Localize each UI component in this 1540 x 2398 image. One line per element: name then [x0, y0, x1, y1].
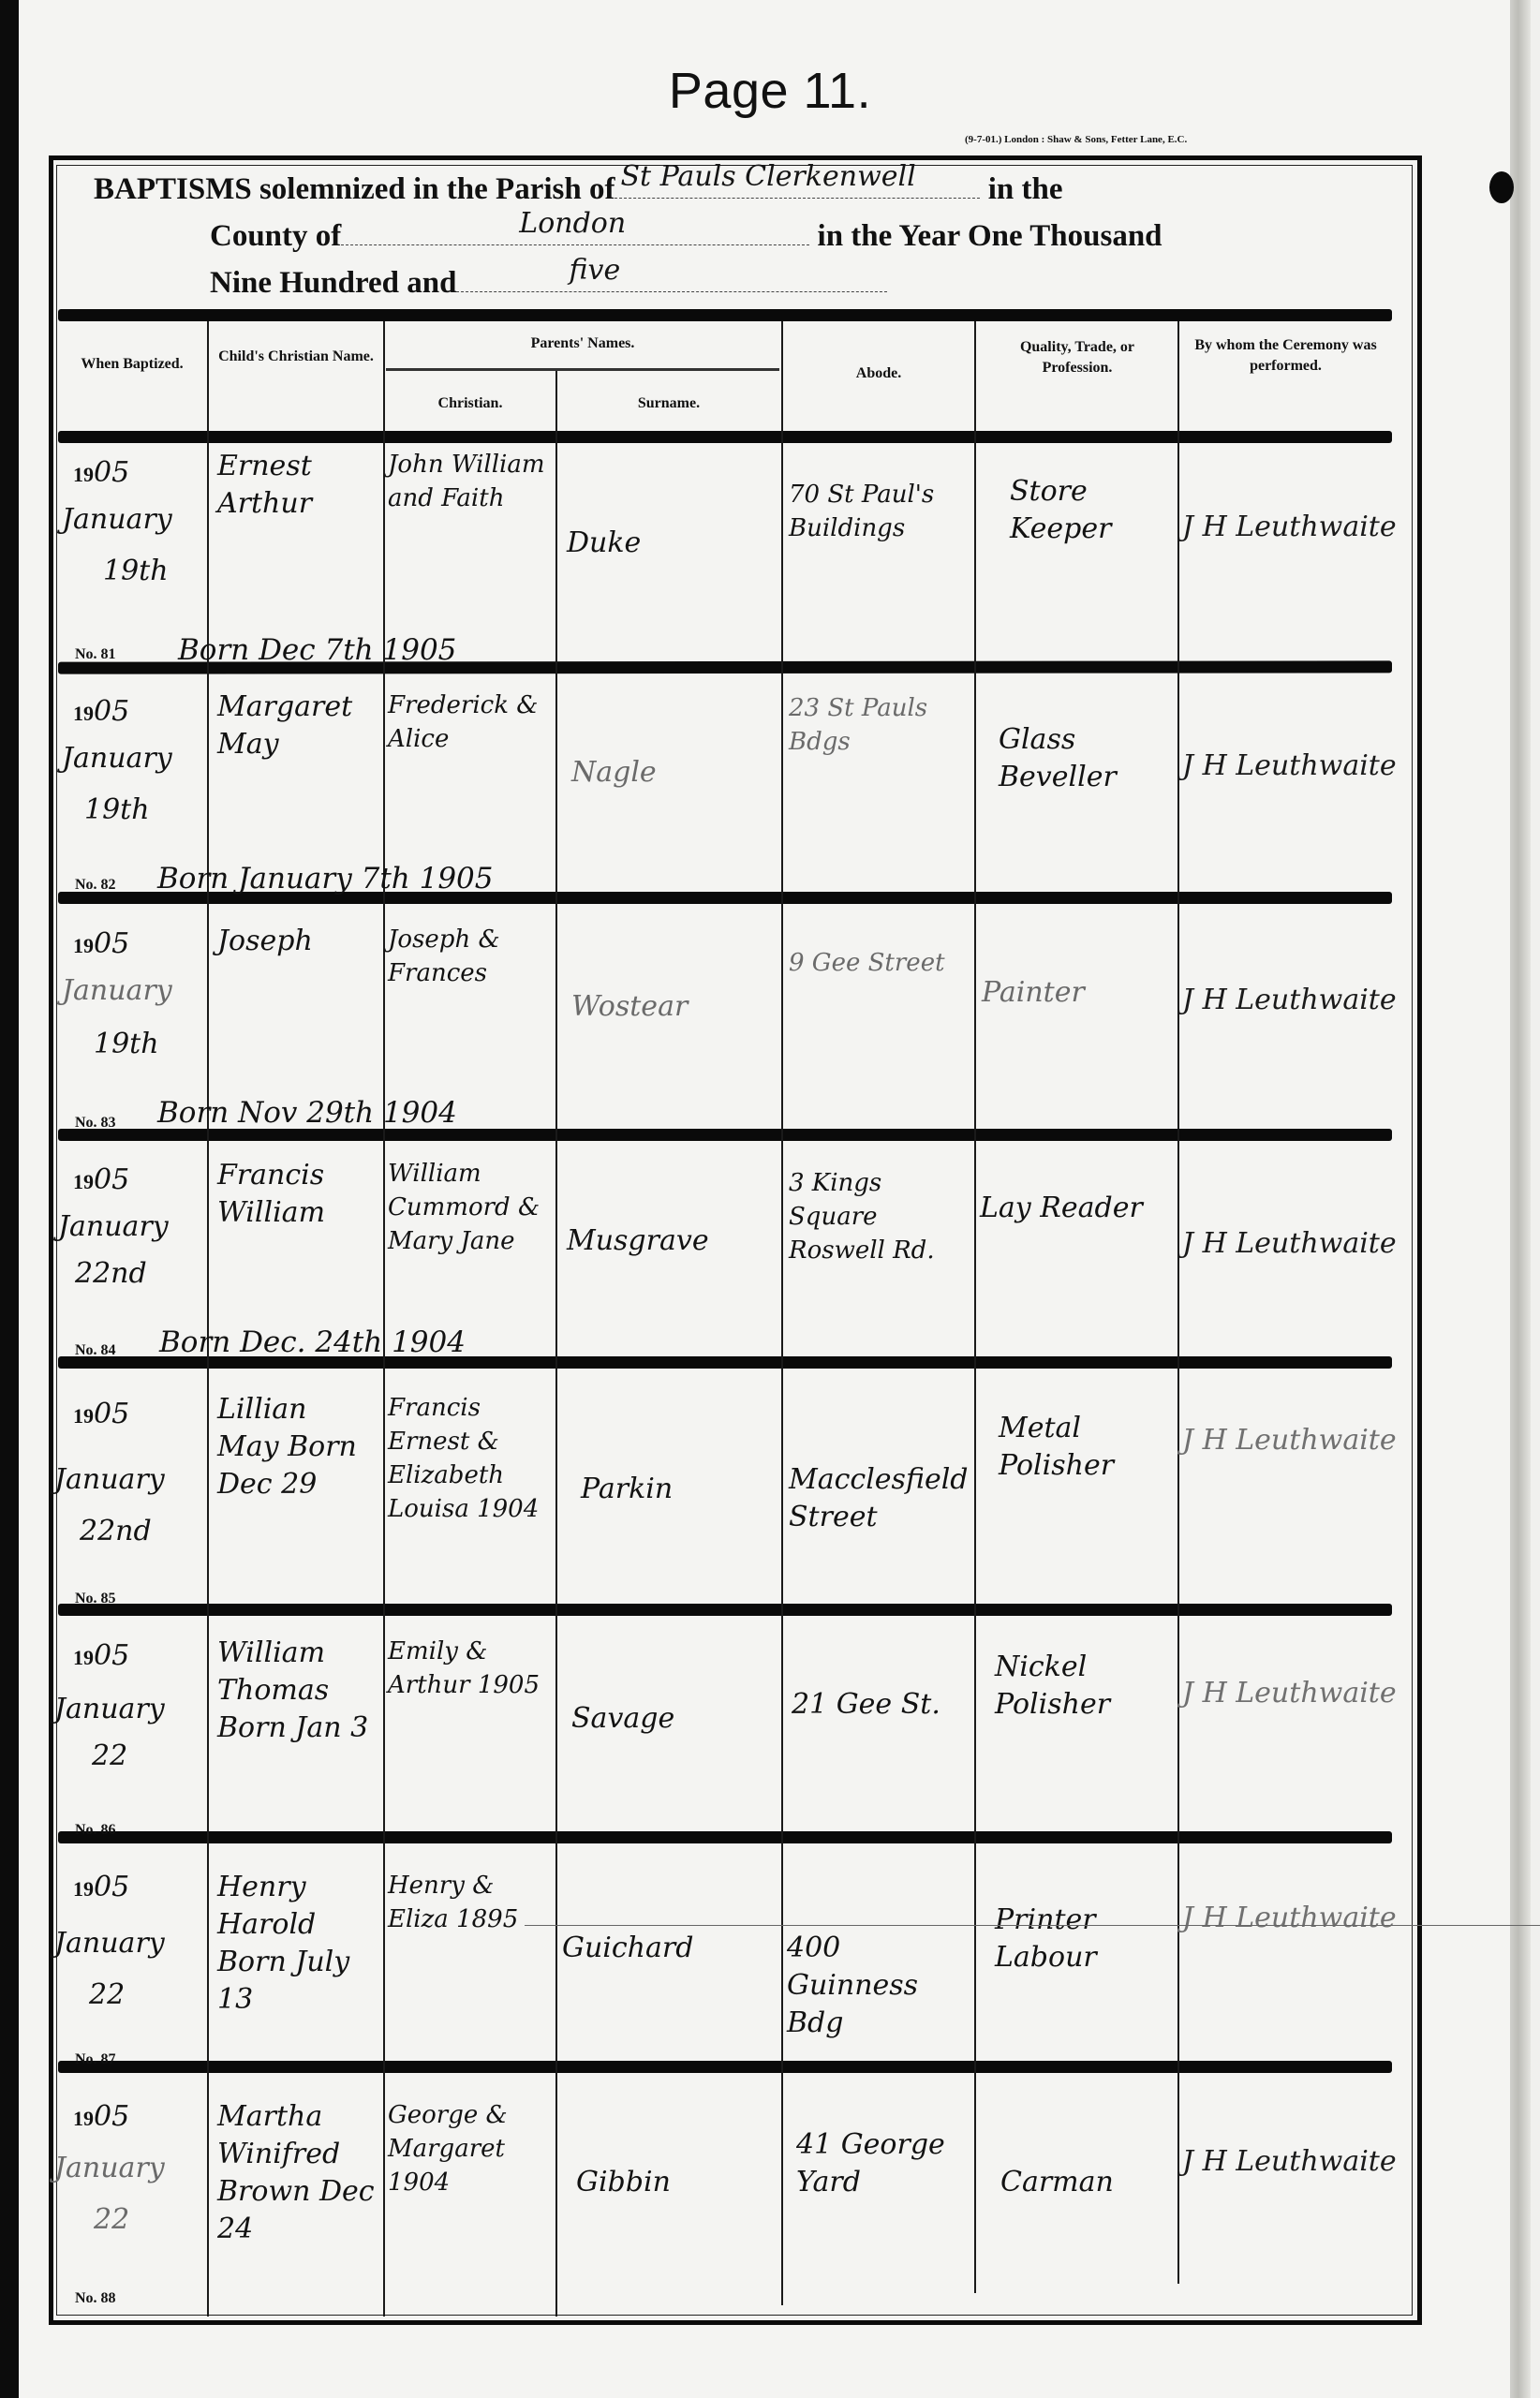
- column-divider: [383, 321, 385, 2317]
- entry-number: No. 88: [75, 2290, 116, 2307]
- entry-number: No. 82: [75, 877, 116, 894]
- baptism-month: January: [54, 1691, 165, 1728]
- baptism-day: 22nd: [75, 1255, 147, 1293]
- parents-surname: Wostear: [571, 988, 688, 1026]
- child-name: Lillian May Born Dec 29: [217, 1391, 377, 1503]
- parents-surname: Guichard: [562, 1930, 693, 1967]
- abode: 400 Guinness Bdg: [787, 1930, 970, 2042]
- entry-number: No. 81: [75, 646, 116, 663]
- child-name: William Thomas Born Jan 3: [217, 1635, 377, 1747]
- parish-field: St Pauls Clerkenwell: [615, 170, 980, 199]
- child-name: Francis William: [217, 1157, 377, 1232]
- baptism-year: 1905: [73, 1162, 129, 1201]
- baptism-year: 1905: [73, 925, 129, 965]
- parents-christian: Henry & Eliza 1895: [388, 1869, 553, 1936]
- column-divider: [781, 321, 783, 2305]
- rule-bar: [58, 1604, 1392, 1616]
- officiant-signature: J H Leuthwaite: [1182, 1902, 1397, 1934]
- heading-text: in the Year One Thousand: [818, 219, 1162, 253]
- ink-blot: [1489, 171, 1514, 203]
- abode: 3 Kings Square Roswell Rd.: [789, 1166, 967, 1267]
- year-field: five: [456, 264, 887, 292]
- baptism-year: 1905: [73, 1396, 129, 1435]
- heading-line-2: County ofLondon in the Year One Thousand: [210, 215, 1162, 257]
- baptism-month: January: [62, 740, 172, 777]
- baptism-year: 1905: [73, 2098, 129, 2138]
- born-note: Born January 7th 1905: [157, 862, 493, 896]
- entry-number: No. 83: [75, 1115, 116, 1132]
- parents-christian: Emily & Arthur 1905: [388, 1635, 553, 1702]
- officiant-signature: J H Leuthwaite: [1182, 1677, 1397, 1710]
- born-note: Born Dec. 24th 1904: [159, 1325, 466, 1359]
- born-note: Born Nov 29th 1904: [157, 1096, 457, 1130]
- baptism-month: January: [58, 1208, 169, 1246]
- header-parents-names: Parents' Names.: [386, 333, 779, 354]
- rule-bar: [58, 1129, 1392, 1141]
- header-when-baptized: When Baptized.: [62, 354, 202, 375]
- page-number: Page 11.: [0, 62, 1540, 120]
- baptism-day: 22: [92, 1738, 127, 1775]
- column-divider: [207, 321, 209, 2317]
- baptism-year: 1905: [73, 1637, 129, 1677]
- parents-subheader-rule: [386, 368, 779, 371]
- officiant-signature: J H Leuthwaite: [1182, 2145, 1397, 2178]
- rule-bar: [58, 431, 1392, 443]
- column-divider: [555, 370, 557, 2317]
- parents-christian: John William and Faith: [388, 448, 553, 515]
- rule-bar: [58, 2061, 1392, 2073]
- heading-text: Nine Hundred and: [210, 266, 456, 300]
- profession: Store Keeper: [1010, 473, 1169, 548]
- entry-number: No. 84: [75, 1342, 116, 1359]
- page-edge-shadow: [1510, 0, 1531, 2398]
- parents-surname: Savage: [571, 1700, 674, 1738]
- parents-surname: Gibbin: [576, 2164, 671, 2201]
- book-binding-edge: [0, 0, 19, 2398]
- child-name: Martha Winifred Brown Dec 24: [217, 2098, 377, 2248]
- county-field: London: [341, 217, 809, 245]
- parents-surname: Duke: [567, 525, 641, 562]
- profession: Painter: [982, 974, 1169, 1012]
- baptism-day: 19th: [94, 1026, 159, 1063]
- child-name: Henry Harold Born July 13: [217, 1869, 377, 2019]
- abode: 41 George Yard: [796, 2126, 970, 2201]
- baptism-month: January: [54, 1461, 165, 1499]
- stray-pen-line: [525, 1925, 1540, 1926]
- parents-christian: George & Margaret 1904: [388, 2098, 553, 2199]
- officiant-signature: J H Leuthwaite: [1182, 749, 1397, 782]
- entry-number: No. 87: [75, 2051, 116, 2068]
- rule-bar: [58, 309, 1392, 321]
- abode: 23 St Pauls Bdgs: [789, 691, 967, 759]
- child-name: Margaret May: [217, 688, 377, 763]
- parents-christian: William Cummord & Mary Jane: [388, 1157, 553, 1258]
- parents-surname: Musgrave: [567, 1222, 709, 1260]
- entry-number: No. 85: [75, 1591, 116, 1607]
- column-divider: [974, 321, 976, 2293]
- parents-surname: Nagle: [571, 754, 657, 792]
- profession: Carman: [1000, 2164, 1169, 2201]
- year-word: five: [569, 250, 620, 291]
- baptism-month: January: [54, 1925, 165, 1962]
- child-name: Ernest Arthur: [217, 448, 377, 523]
- parents-christian: Frederick & Alice: [388, 688, 553, 756]
- officiant-signature: J H Leuthwaite: [1182, 511, 1397, 543]
- child-name: Joseph: [217, 923, 377, 960]
- baptism-day: 19th: [103, 553, 169, 590]
- rule-bar: [58, 1831, 1392, 1843]
- entry-number: No. 86: [75, 1822, 116, 1839]
- baptism-month: January: [54, 2150, 165, 2187]
- abode: 70 St Paul's Buildings: [789, 478, 967, 545]
- baptism-day: 19th: [84, 792, 150, 829]
- heading-text: BAPTISMS solemnized in the Parish of: [94, 172, 615, 206]
- header-child-name: Child's Christian Name.: [214, 347, 378, 367]
- baptism-month: January: [62, 972, 172, 1010]
- column-divider: [1177, 321, 1179, 2284]
- baptism-year: 1905: [73, 1869, 129, 1908]
- officiant-signature: J H Leuthwaite: [1182, 984, 1397, 1016]
- abode: 9 Gee Street: [789, 946, 967, 980]
- header-parents-surname: Surname.: [558, 393, 779, 414]
- parish-name: St Pauls Clerkenwell: [620, 156, 915, 198]
- header-abode: Abode.: [785, 363, 972, 384]
- header-officiant: By whom the Ceremony was performed.: [1185, 335, 1386, 377]
- baptism-day: 22nd: [80, 1513, 152, 1550]
- parents-christian: Francis Ernest & Elizabeth Louisa 1904: [388, 1391, 553, 1526]
- officiant-signature: J H Leuthwaite: [1182, 1227, 1397, 1260]
- born-note: Born Dec 7th 1905: [178, 633, 456, 667]
- parents-christian: Joseph & Frances: [388, 923, 553, 990]
- county-name: London: [519, 203, 626, 244]
- baptism-year: 1905: [73, 454, 129, 494]
- profession: Glass Beveller: [999, 721, 1167, 796]
- abode: 21 Gee St.: [792, 1686, 974, 1724]
- baptism-year: 1905: [73, 693, 129, 733]
- baptism-day: 22: [89, 1976, 125, 2014]
- heading-text: County of: [210, 219, 341, 253]
- heading-text: in the: [988, 172, 1063, 206]
- publisher-imprint: (9-7-01.) London : Shaw & Sons, Fetter L…: [965, 134, 1187, 145]
- baptism-day: 22: [94, 2201, 129, 2239]
- abode: Macclesfield Street: [789, 1461, 971, 1536]
- baptism-month: January: [62, 501, 172, 539]
- profession: Nickel Polisher: [995, 1649, 1168, 1724]
- profession: Metal Polisher: [999, 1410, 1167, 1485]
- header-quality-trade: Quality, Trade, or Profession.: [984, 337, 1171, 378]
- profession: Lay Reader: [980, 1190, 1167, 1227]
- profession: Printer Labour: [995, 1902, 1168, 1976]
- parents-surname: Parkin: [581, 1471, 673, 1508]
- header-parents-christian: Christian.: [386, 393, 555, 414]
- officiant-signature: J H Leuthwaite: [1182, 1424, 1397, 1457]
- page-edge: [1531, 0, 1540, 2398]
- heading-line-3: Nine Hundred andfive: [210, 262, 887, 303]
